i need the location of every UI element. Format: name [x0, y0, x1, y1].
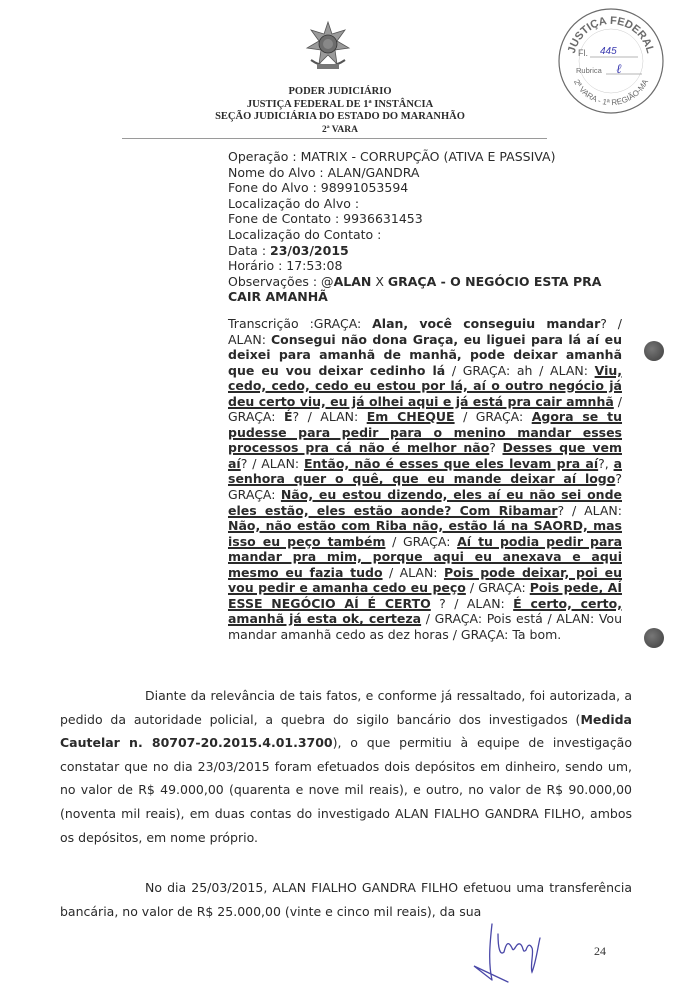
fone-contato-row: Fone de Contato : 9936631453 — [228, 211, 624, 227]
horario-value: 17:53:08 — [286, 258, 342, 273]
paragraph-transfer: No dia 25/03/2015, ALAN FIALHO GANDRA FI… — [60, 876, 632, 923]
stamp-rubrica-value: ℓ — [616, 61, 622, 76]
transcript-segment: / GRAÇA: — [386, 534, 458, 549]
localizacao-contato-row: Localização do Contato : — [228, 227, 624, 243]
stamp-fl-value: 445 — [600, 46, 617, 57]
svg-text:2ª VARA - 1ª REGIÃO-MA: 2ª VARA - 1ª REGIÃO-MA — [572, 77, 650, 107]
localizacao-alvo-row: Localização do Alvo : — [228, 196, 624, 212]
data-value: 23/03/2015 — [270, 243, 349, 258]
stamp-fl-label: Fl. — [578, 48, 588, 58]
header-line-1: PODER JUDICIÁRIO — [150, 86, 530, 99]
nome-alvo-row: Nome do Alvo : ALAN/GANDRA — [228, 165, 624, 181]
fone-contato-value: 9936631453 — [343, 211, 423, 226]
transcript-segment: / GRAÇA: ah / ALAN: — [445, 363, 594, 378]
transcript-segment: ?, — [598, 456, 613, 471]
punch-hole — [644, 628, 664, 648]
paragraph-bank-secrecy: Diante da relevância de tais fatos, e co… — [60, 684, 632, 849]
handwritten-signature — [468, 922, 568, 984]
operacao-row: Operação : MATRIX - CORRUPÇÃO (ATIVA E P… — [228, 149, 624, 165]
nome-alvo-value: ALAN/GANDRA — [328, 165, 420, 180]
transcript-segment: Em CHEQUE — [367, 409, 455, 424]
punch-hole — [644, 341, 664, 361]
operacao-value: MATRIX - CORRUPÇÃO (ATIVA E PASSIVA) — [301, 149, 556, 164]
transcript-segment: ? — [489, 440, 502, 455]
court-page-stamp: JUSTIÇA FEDERAL Fl. 445 Rubrica ℓ 2ª VAR… — [556, 6, 666, 116]
horario-row: Horário : 17:53:08 — [228, 258, 624, 274]
page-number: 24 — [594, 944, 606, 959]
transcript-segment: ? / ALAN: — [241, 456, 304, 471]
brazil-coat-of-arms-icon — [303, 20, 353, 72]
header-divider — [122, 138, 547, 139]
transcript-segment: / GRAÇA: — [455, 409, 532, 424]
observacoes-row: Observações : @ALAN X GRAÇA - O NEGÓCIO … — [228, 274, 624, 305]
transcript-segment: ? / ALAN: — [431, 596, 513, 611]
header-line-2: JUSTIÇA FEDERAL DE 1ª INSTÂNCIA — [150, 99, 530, 112]
transcript-segment: Alan, você conseguiu mandar — [372, 316, 600, 331]
transcript-segment: É — [284, 409, 293, 424]
court-header: PODER JUDICIÁRIO JUSTIÇA FEDERAL DE 1ª I… — [150, 86, 530, 136]
header-line-4: 2ª VARA — [150, 124, 530, 137]
header-line-3: SEÇÃO JUDICIÁRIA DO ESTADO DO MARANHÃO — [150, 111, 530, 124]
interception-record: Operação : MATRIX - CORRUPÇÃO (ATIVA E P… — [228, 149, 624, 305]
transcript-segment: Transcrição :GRAÇA: — [228, 316, 372, 331]
stamp-bottom-text: 2ª VARA - 1ª REGIÃO-MA — [572, 77, 650, 107]
transcript-segment: / ALAN: — [383, 565, 444, 580]
stamp-rubrica-label: Rubrica — [576, 66, 603, 75]
call-transcript: Transcrição :GRAÇA: Alan, você conseguiu… — [228, 316, 622, 642]
fone-alvo-value: 98991053594 — [321, 180, 408, 195]
transcript-segment: ? / ALAN: — [558, 503, 622, 518]
transcript-segment: / GRAÇA: — [466, 580, 530, 595]
fone-alvo-row: Fone do Alvo : 98991053594 — [228, 180, 624, 196]
data-row: Data : 23/03/2015 — [228, 243, 624, 259]
transcript-segment: Então, não é esses que eles levam pra aí — [304, 456, 598, 471]
transcript-segment: ? / ALAN: — [293, 409, 367, 424]
